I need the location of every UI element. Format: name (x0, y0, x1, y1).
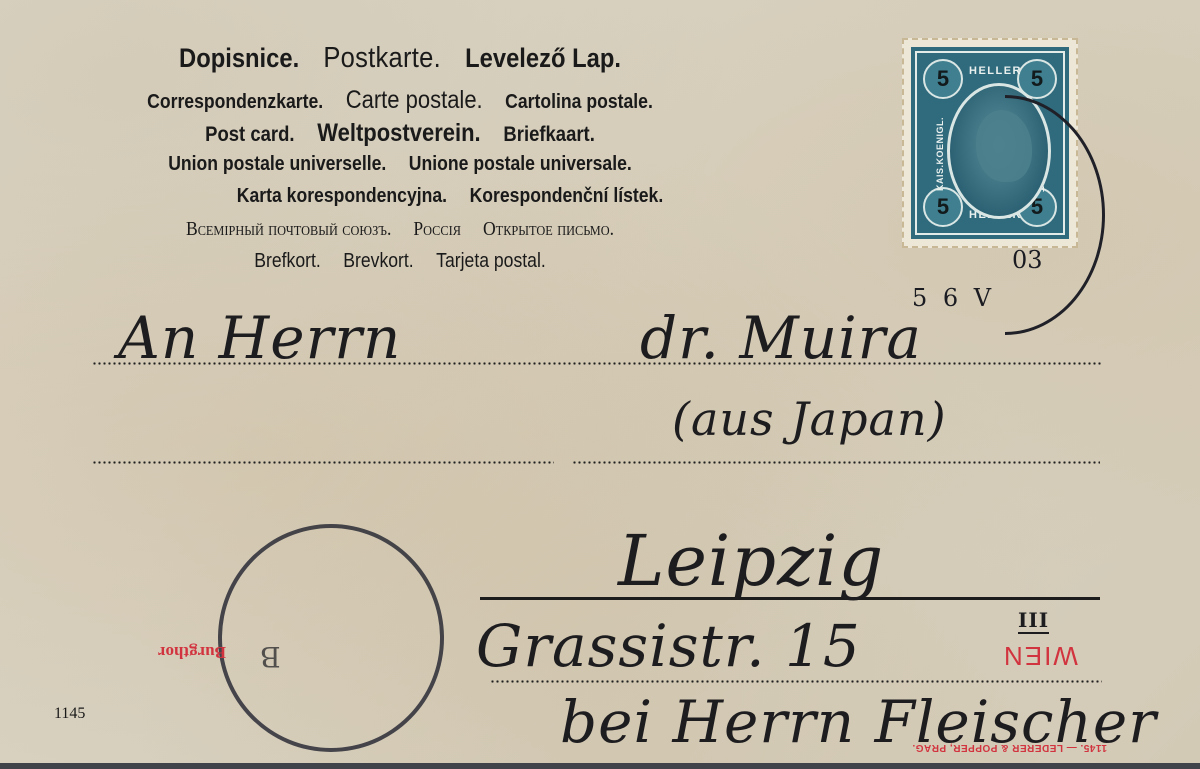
header-tarjeta-postal: Tarjeta postal. (436, 250, 546, 273)
header-briefkaart: Briefkaart. (503, 123, 594, 147)
arrival-postmark (218, 524, 444, 752)
header-line-5: Karta korespondencyjna. Korespondenční l… (151, 185, 749, 208)
handwritten-floor: III (1018, 608, 1049, 634)
header-levelezo-lap: Levelező Lap. (465, 43, 621, 74)
header-cartolina-postale: Cartolina postale. (505, 91, 653, 114)
header-line-3: Post card. Weltpostverein. Briefkaart. (101, 119, 699, 148)
red-mark-wien: WIEN (1002, 640, 1078, 671)
header-karta-korespondencyjna: Karta korespondencyjna. (237, 185, 447, 208)
stamp-corner-denomination: 5 (923, 187, 963, 227)
postmark-time: 5 6 V (912, 284, 995, 312)
header-carte-postale: Carte postale. (346, 86, 483, 115)
handwritten-recipient-name: dr. Muira (640, 304, 922, 372)
header-russia: Россія (413, 218, 461, 241)
address-line-2a (92, 461, 554, 464)
arrival-postmark-text: B (260, 640, 281, 673)
header-line-1: Dopisnice. Postkarte. Levelező Lap. (101, 42, 699, 75)
header-brefkort: Brefkort. (254, 250, 321, 273)
header-unione-postale: Unione postale universale. (409, 153, 632, 176)
address-line-4 (490, 680, 1102, 683)
handwritten-city: Leipzig (618, 520, 884, 602)
header-line-6: Всемірный почтовый союзъ. Россія Открыто… (101, 218, 699, 241)
postmark-year: 03 (1012, 246, 1043, 274)
header-weltpostverein: Weltpostverein. (317, 119, 480, 148)
header-korespondencni-listek: Korespondenční lístek. (470, 185, 664, 208)
red-mark-burgthor: Burgthor (158, 642, 226, 662)
stamp-corner-denomination: 5 (923, 59, 963, 99)
header-russian-postcard: Открытое письмо. (483, 218, 614, 241)
header-correspondenzkarte: Correspondenzkarte. (147, 91, 323, 114)
handwritten-an-herrn: An Herrn (118, 304, 401, 372)
stamp-top-label: HELLER (969, 65, 1022, 77)
serial-number: 1145 (54, 705, 85, 723)
header-line-4: Union postale universelle. Unione postal… (101, 153, 699, 176)
handwritten-aus-japan: (aus Japan) (672, 392, 947, 446)
handwritten-street: Grassistr. 15 (476, 612, 861, 680)
header-russian-union: Всемірный почтовый союзъ. (186, 218, 391, 241)
header-postkarte: Postkarte. (323, 42, 441, 75)
header-line-2: Correspondenzkarte. Carte postale. Carto… (101, 86, 699, 115)
header-line-7: Brefkort. Brevkort. Tarjeta postal. (101, 250, 699, 273)
scan-edge (0, 763, 1200, 769)
header-post-card: Post card. (205, 123, 294, 147)
header-union-postale: Union postale universelle. (168, 153, 386, 176)
publisher-imprint: 1145. — LEDERER & POPPER, PRAG. (912, 742, 1107, 753)
header-dopisnice: Dopisnice. (179, 43, 299, 74)
stamp-left-label: KAIS.KOENIGL. (935, 117, 945, 191)
header-brevkort: Brevkort. (343, 250, 413, 273)
address-line-2b (572, 461, 1100, 464)
postcard: Dopisnice. Postkarte. Levelező Lap. Corr… (0, 0, 1200, 766)
